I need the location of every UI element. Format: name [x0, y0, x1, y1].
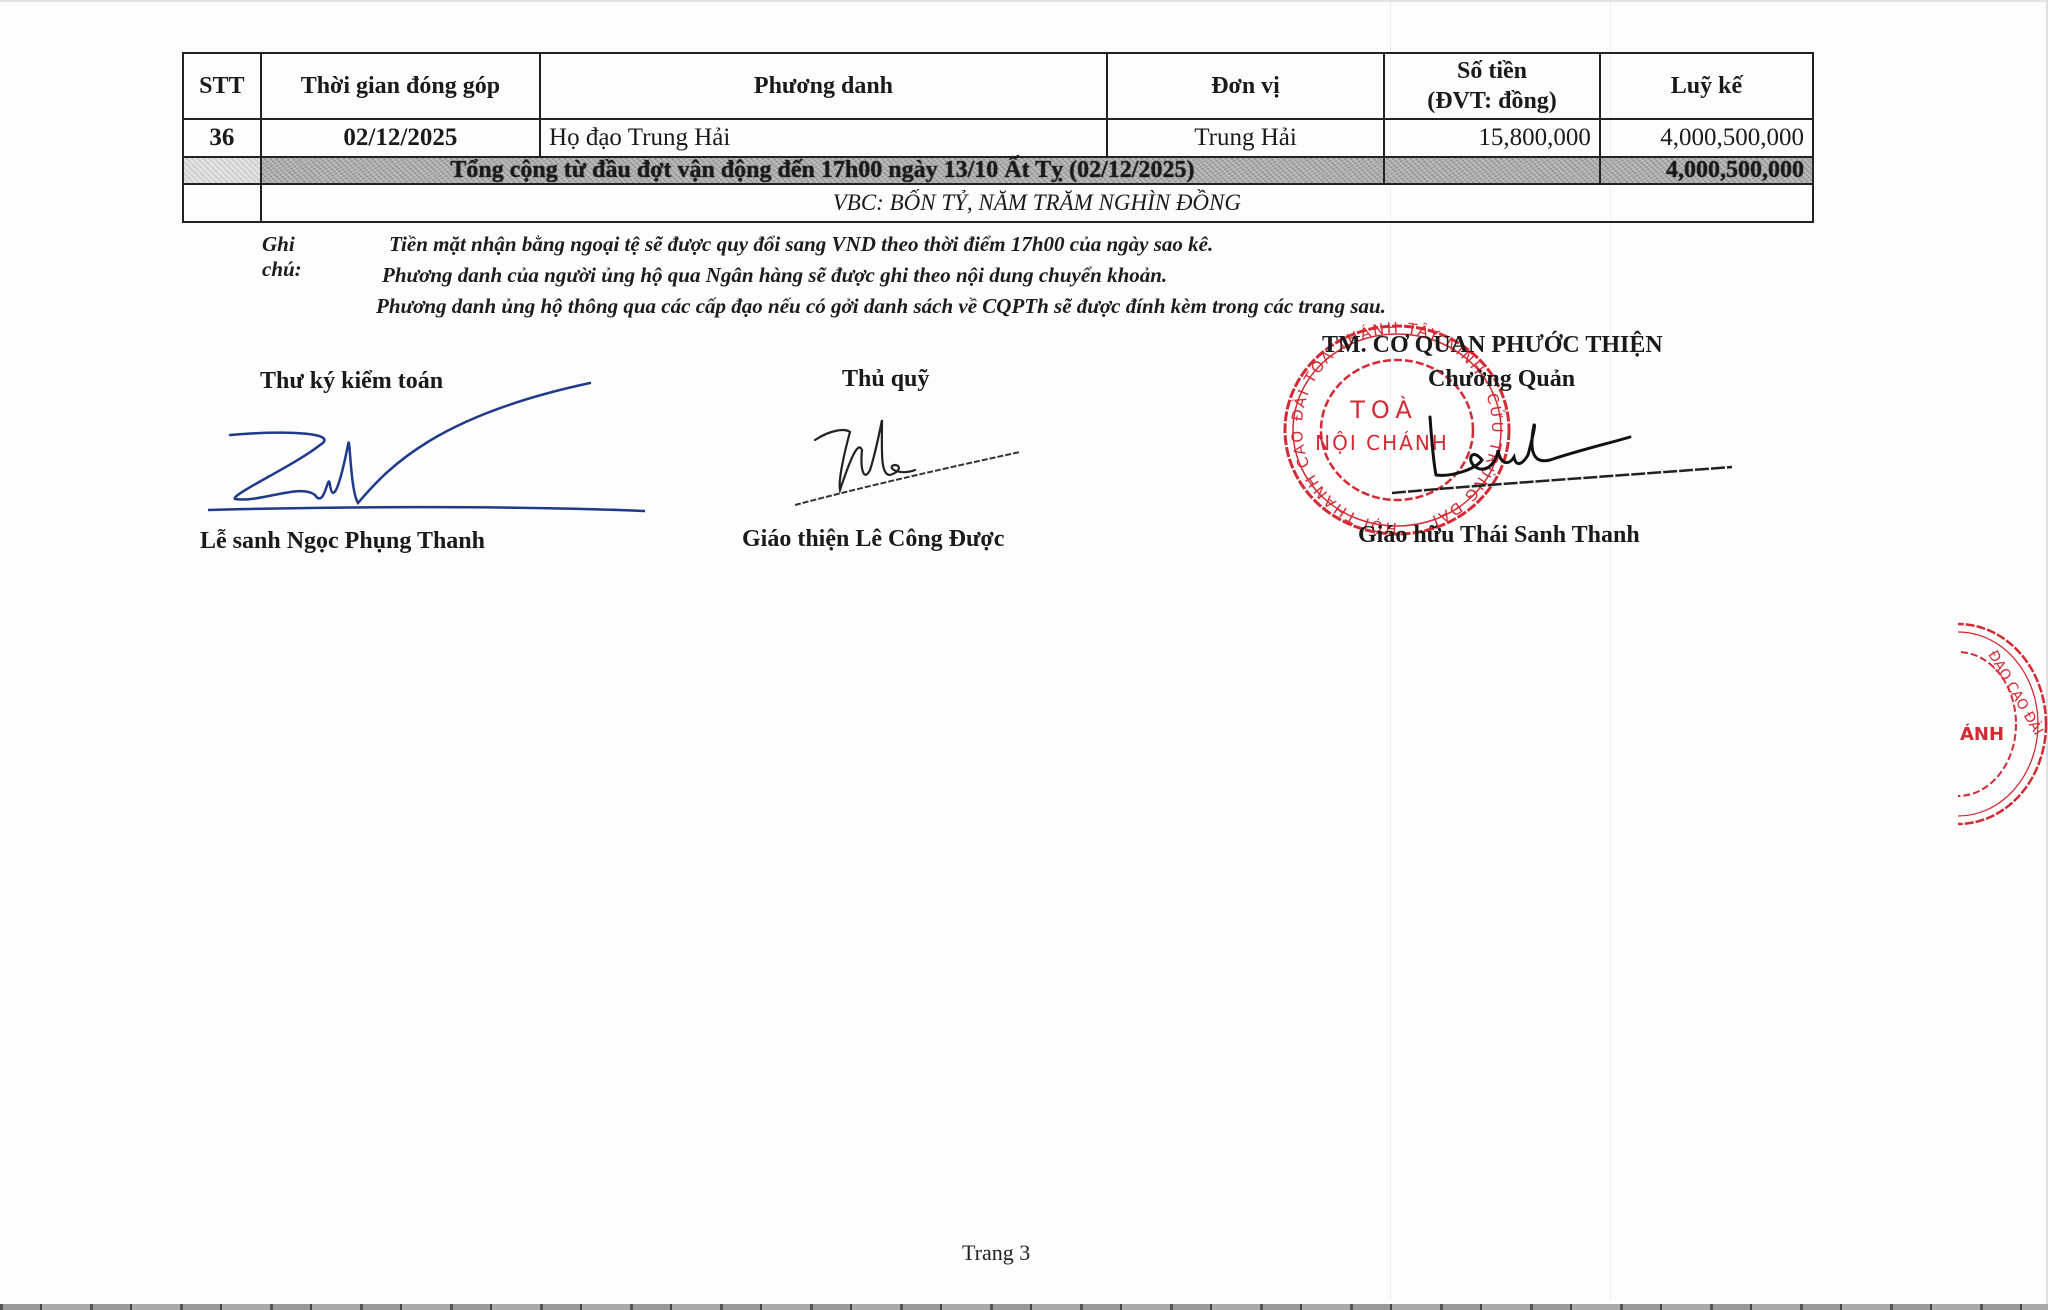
- signature-1-icon: [200, 375, 660, 525]
- partial-seal-icon: ÁNH ĐẠO CAO ĐÀI: [1958, 614, 2048, 844]
- cell-unit: Trung Hải: [1107, 119, 1384, 157]
- signer-2-role: Thủ quỹ: [842, 366, 929, 393]
- header-amount-line2: (ĐVT: đồng): [1393, 86, 1591, 116]
- page-number: Trang 3: [962, 1240, 1030, 1266]
- header-amount-line1: Số tiền: [1393, 56, 1591, 86]
- signature-3-icon: [1380, 405, 1740, 500]
- cell-cumulative: 4,000,500,000: [1600, 119, 1813, 157]
- signer-2-name: Giáo thiện Lê Công Được: [742, 526, 1004, 553]
- header-time: Thời gian đóng góp: [261, 53, 540, 119]
- header-unit: Đơn vị: [1107, 53, 1384, 119]
- total-label: Tổng cộng từ đầu đợt vận động đến 17h00 …: [261, 157, 1384, 184]
- table-header-row: STT Thời gian đóng góp Phương danh Đơn v…: [183, 53, 1813, 119]
- note-line-1: Tiền mặt nhận bằng ngoại tệ sẽ được quy …: [389, 232, 1213, 257]
- header-stt: STT: [183, 53, 261, 119]
- cell-stt: 36: [183, 119, 261, 157]
- cell-name: Họ đạo Trung Hải: [540, 119, 1107, 157]
- signer-1-name: Lễ sanh Ngọc Phụng Thanh: [200, 528, 485, 555]
- total-amount-blank: [1384, 157, 1600, 184]
- cell-amount: 15,800,000: [1384, 119, 1600, 157]
- donation-table: STT Thời gian đóng góp Phương danh Đơn v…: [182, 52, 1814, 223]
- cell-date: 02/12/2025: [261, 119, 540, 157]
- words-blank-cell: [183, 184, 261, 222]
- header-name: Phương danh: [540, 53, 1107, 119]
- signer-3-role: TM. CƠ QUAN PHƯỚC THIỆN: [1322, 332, 1663, 359]
- amount-in-words-row: VBC: BỐN TỶ, NĂM TRĂM NGHÌN ĐỒNG: [183, 184, 1813, 222]
- total-row: Tổng cộng từ đầu đợt vận động đến 17h00 …: [183, 157, 1813, 184]
- signer-3-subrole: Chưởng Quản: [1428, 366, 1575, 393]
- partial-seal-center: ÁNH: [1960, 723, 2004, 745]
- page-top-edge: [0, 0, 2048, 2]
- page-bottom-edge: [0, 1304, 2048, 1310]
- signer-3-name: Giáo hữu Thái Sanh Thanh: [1358, 522, 1640, 549]
- total-blank-cell: [183, 157, 261, 184]
- amount-in-words: VBC: BỐN TỶ, NĂM TRĂM NGHÌN ĐỒNG: [261, 184, 1813, 222]
- notes-label: Ghi chú:: [262, 232, 302, 282]
- note-line-3: Phương danh ủng hộ thông qua các cấp đạo…: [376, 294, 1386, 319]
- total-value: 4,000,500,000: [1600, 157, 1813, 184]
- note-line-2: Phương danh của người ủng hộ qua Ngân hà…: [382, 263, 1167, 288]
- header-cumulative: Luỹ kế: [1600, 53, 1813, 119]
- table-row: 36 02/12/2025 Họ đạo Trung Hải Trung Hải…: [183, 119, 1813, 157]
- header-amount: Số tiền (ĐVT: đồng): [1384, 53, 1600, 119]
- signature-2-icon: [790, 410, 1040, 510]
